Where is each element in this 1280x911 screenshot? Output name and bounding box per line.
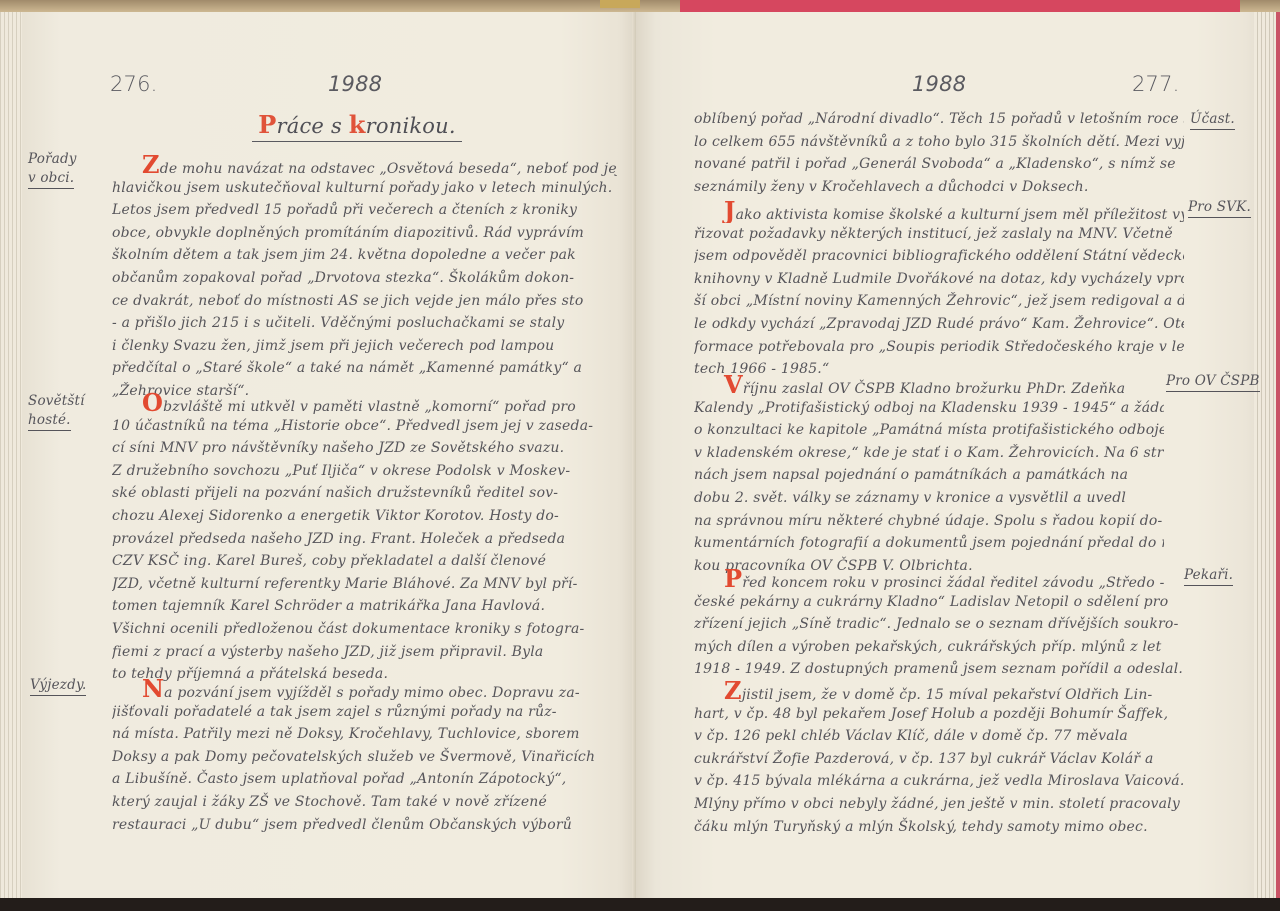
title-initial-k: k (349, 110, 366, 139)
dropcap-v: V (724, 374, 743, 397)
margin-note-sovetsti-hoste: Sovětští hosté. (28, 392, 85, 431)
page-number: 277. (1132, 72, 1180, 96)
dropcap-p: P (724, 568, 742, 591)
margin-note-ucast: Účast. (1190, 110, 1235, 130)
paragraph-sovetsti-hoste: Obzvláště mi utkvěl v paměti vlastně „ko… (112, 392, 617, 686)
dropcap-z: Z (142, 154, 160, 177)
year-heading: 1988 (912, 72, 966, 96)
margin-note-porady: Pořady v obci. (28, 150, 77, 189)
margin-note-pekari: Pekaři. (1184, 566, 1233, 586)
book-bottom-shadow (0, 898, 1280, 911)
dropcap-o: O (142, 392, 163, 415)
dropcap-z2: Z (724, 680, 742, 703)
paragraph-vyjezdy: Na pozvání jsem vyjížděl s pořady mimo o… (112, 678, 617, 836)
page-title: Práce s kronikou. (252, 110, 462, 142)
right-page: 1988 277. Účast. Pro SVK. Pro OV ČSPB Pe… (636, 12, 1280, 898)
page-stack-edge-left (0, 12, 22, 898)
bookmark-ribbon (600, 0, 640, 8)
red-cover-edge (680, 0, 1240, 12)
paragraph-pro-ov-cspb: Vříjnu zaslal OV ČSPB Kladno brožurku Ph… (694, 374, 1164, 577)
year-heading: 1988 (328, 72, 382, 96)
paragraph-pekari: Před koncem roku v prosinci žádal ředite… (694, 568, 1184, 681)
paragraph-porady: Zde mohu navázat na odstavec „Osvětová b… (112, 154, 617, 403)
paragraph-pro-svk: Jako aktivista komise školské a kulturní… (694, 200, 1184, 381)
margin-note-vyjezdy: Výjezdy. (30, 676, 86, 696)
left-page: 276. 1988 Práce s kronikou. Pořady v obc… (0, 12, 636, 898)
red-page-edge (1276, 12, 1280, 898)
dropcap-j: J (724, 200, 736, 223)
paragraph-pekarstvi-list: Zjistil jsem, že v domě čp. 15 míval pek… (694, 680, 1184, 838)
dropcap-n: N (142, 678, 164, 701)
margin-note-pro-svk: Pro SVK. (1188, 198, 1251, 218)
paragraph-ucast: oblíbený pořad „Národní divadlo“. Těch 1… (694, 108, 1184, 198)
page-number: 276. (110, 72, 158, 96)
title-initial-p: P (258, 110, 276, 139)
